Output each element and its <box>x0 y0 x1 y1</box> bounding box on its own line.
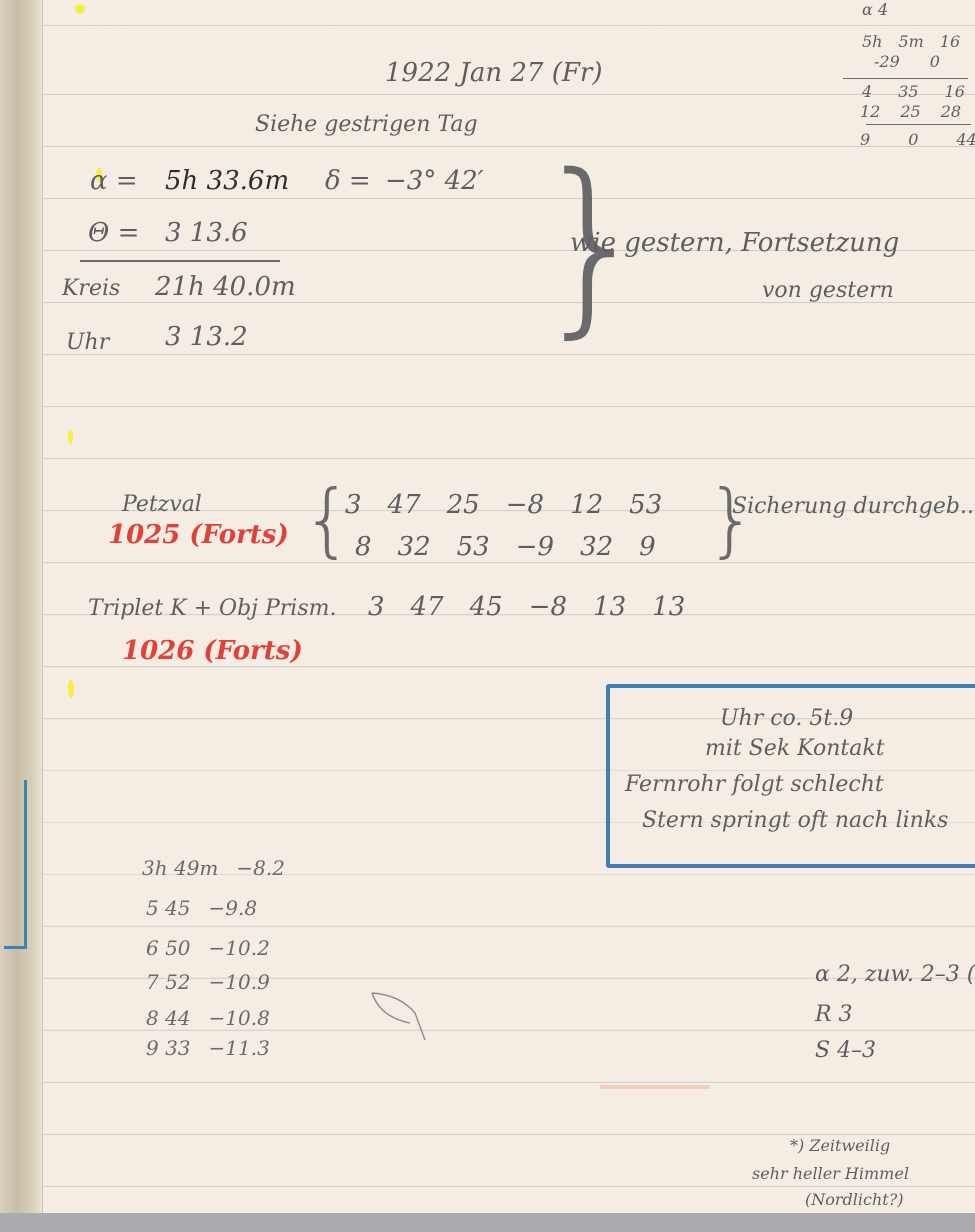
theta-value: 3 13.6 <box>165 218 248 248</box>
value-cell: −10.9 <box>209 970 270 994</box>
time-cell: 7 52 <box>146 970 191 994</box>
blue-pencil-mark <box>4 780 27 949</box>
time-cell: 3h 49m <box>142 856 218 880</box>
value: 53 <box>457 532 490 562</box>
calc-cell: 25 <box>900 102 920 121</box>
triplet-plate-number: 1026 (Forts) <box>122 636 303 666</box>
calc-cell: 0 <box>908 130 918 149</box>
box-note-line: Stern springt oft nach links <box>642 808 948 833</box>
value-cell: −9.8 <box>209 896 258 920</box>
calc-cell: 4 <box>862 82 872 101</box>
theta-label: Θ = <box>88 218 139 248</box>
calc-cell: 44 <box>956 130 975 149</box>
yellow-stain <box>68 430 73 444</box>
table-row: 7 52−10.9 <box>146 970 270 994</box>
table-row: 3h 49m−8.2 <box>142 856 285 880</box>
value-cell: −8.2 <box>236 856 285 880</box>
value: 8 <box>355 532 372 562</box>
calc-cell: 5h <box>862 32 882 51</box>
curly-brace: } <box>706 480 757 560</box>
calc-line: α 4 <box>862 0 888 19</box>
value: −8 <box>529 592 567 622</box>
bracket-note-line2: von gestern <box>762 278 894 303</box>
triplet-row: 3 47 45 −8 13 13 <box>368 592 685 622</box>
calc-cell: 5m <box>898 32 923 51</box>
calc-line: 12 25 28 <box>860 102 961 121</box>
petzval-row: 8 32 53 −9 32 9 <box>355 532 656 562</box>
seeing-note: R 3 <box>815 1002 853 1027</box>
petzval-plate-number: 1025 (Forts) <box>108 520 289 550</box>
table-row: 9 33−11.3 <box>146 1036 270 1060</box>
time-cell: 8 44 <box>146 1006 191 1030</box>
value: −8 <box>506 490 544 520</box>
kreis-value: 21h 40.0m <box>155 272 296 302</box>
value: 32 <box>398 532 431 562</box>
calc-cell: 9 <box>860 130 870 149</box>
value: 53 <box>629 490 662 520</box>
petzval-note: Sicherung durchgeb... <box>732 494 975 519</box>
pencil-sketch <box>370 985 440 1045</box>
faint-red-mark <box>600 1085 710 1089</box>
petzval-label: Petzval <box>122 492 202 517</box>
time-cell: 9 33 <box>146 1036 191 1060</box>
value: 3 <box>368 592 385 622</box>
uhr-value: 3 13.2 <box>165 322 248 352</box>
table-row: 5 45−9.8 <box>146 896 257 920</box>
time-cell: 5 45 <box>146 896 191 920</box>
yellow-stain <box>75 4 85 14</box>
value: −9 <box>516 532 554 562</box>
value: 47 <box>388 490 421 520</box>
footnote-line: *) Zeitweilig <box>790 1136 890 1155</box>
alpha-label: α = <box>90 166 138 196</box>
uhr-label: Uhr <box>66 330 109 355</box>
calc-cell: 0 <box>930 52 940 71</box>
triplet-label: Triplet K + Obj Prism. <box>88 596 337 621</box>
time-cell: 6 50 <box>146 936 191 960</box>
kreis-label: Kreis <box>62 276 120 301</box>
table-row: 6 50−10.2 <box>146 936 270 960</box>
calc-line: 5h 5m 16 <box>862 32 960 51</box>
alpha-value: 5h 33.6m <box>165 166 289 196</box>
calc-cell: -29 <box>874 52 900 71</box>
calc-cell: 16 <box>940 32 960 51</box>
value: 13 <box>593 592 626 622</box>
footnote-line: sehr heller Himmel <box>752 1164 909 1183</box>
subheading: Siehe gestrigen Tag <box>255 112 478 137</box>
calc-line: 9 0 44 <box>860 130 975 149</box>
value-cell: −11.3 <box>209 1036 270 1060</box>
box-note-line: Uhr co. 5t.9 <box>720 706 853 731</box>
petzval-row: 3 47 25 −8 12 53 <box>345 490 662 520</box>
value: 12 <box>570 490 603 520</box>
calc-cell: 28 <box>941 102 961 121</box>
value-cell: −10.8 <box>209 1006 270 1030</box>
calc-line: -29 0 <box>874 52 940 71</box>
notebook-page: α 4 5h 5m 16 -29 0 4 35 16 12 25 28 9 0 … <box>0 0 975 1213</box>
page-gutter <box>0 0 43 1213</box>
value: 32 <box>580 532 613 562</box>
value: 47 <box>411 592 444 622</box>
calc-cell: 16 <box>945 82 965 101</box>
box-note-line: Fernrohr folgt schlecht <box>625 772 884 797</box>
box-note-line: mit Sek Kontakt <box>705 736 885 761</box>
delta-label: δ = <box>325 166 371 196</box>
seeing-note: S 4–3 <box>815 1038 876 1063</box>
calc-rule <box>843 78 968 79</box>
delta-value: −3° 42′ <box>385 166 484 196</box>
value: 25 <box>447 490 480 520</box>
date-header: 1922 Jan 27 (Fr) <box>385 58 602 88</box>
bracket-note-line1: wie gestern, Fortsetzung <box>570 228 899 258</box>
value: 13 <box>652 592 685 622</box>
calc-cell: 35 <box>898 82 918 101</box>
value: 3 <box>345 490 362 520</box>
sum-rule <box>80 260 280 262</box>
value-cell: −10.2 <box>209 936 270 960</box>
table-row: 8 44−10.8 <box>146 1006 270 1030</box>
value: 45 <box>470 592 503 622</box>
value: 9 <box>639 532 656 562</box>
seeing-note: α 2, zuw. 2–3 (*) <box>815 962 975 987</box>
yellow-stain <box>68 680 74 698</box>
calc-rule <box>866 124 971 125</box>
calc-cell: 12 <box>860 102 880 121</box>
footnote-line: (Nordlicht?) <box>805 1190 904 1209</box>
calc-line: 4 35 16 <box>862 82 965 101</box>
